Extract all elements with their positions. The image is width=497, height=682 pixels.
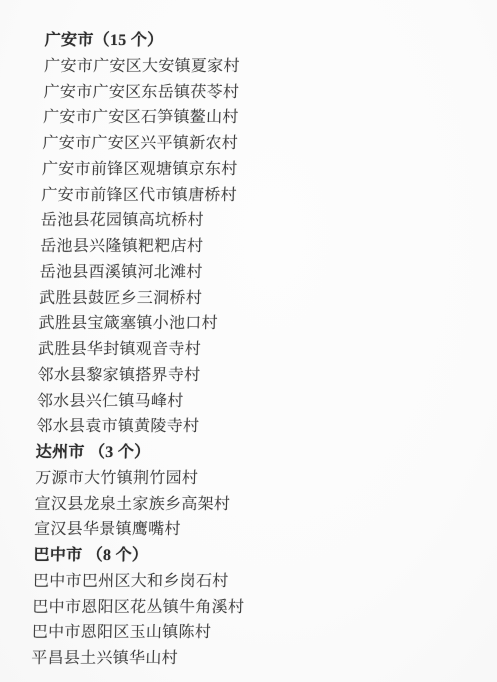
list-item: 岳池县兴隆镇粑粑店村 bbox=[40, 234, 252, 260]
list-item: 广安市前锋区观塘镇京东村 bbox=[42, 157, 254, 183]
list-item: 巴中市巴州区大和乡岗石村 bbox=[33, 569, 245, 595]
list-item: 邻水县袁市镇黄陵寺村 bbox=[36, 414, 248, 440]
list-item: 邻水县黎家镇搭界寺村 bbox=[37, 363, 249, 389]
list-item: 广安市前锋区代市镇唐桥村 bbox=[41, 183, 253, 209]
list-item: 武胜县宝箴塞镇小池口村 bbox=[38, 311, 250, 337]
list-item: 广安市广安区兴平镇新农村 bbox=[42, 131, 254, 157]
list-item: 广安市广安区东岳镇茯苓村 bbox=[43, 80, 255, 106]
section-header: 达州市 （3 个） bbox=[35, 440, 247, 466]
list-item: 平昌县土兴镇华山村 bbox=[31, 646, 243, 672]
list-item: 广安市广安区石笋镇鳌山村 bbox=[43, 105, 255, 131]
list-item: 武胜县鼓匠乡三洞桥村 bbox=[39, 286, 251, 312]
list-item: 武胜县华封镇观音寺村 bbox=[38, 337, 250, 363]
section-header: 巴中市 （8 个） bbox=[33, 543, 245, 569]
list-item: 广安市广安区大安镇夏家村 bbox=[44, 54, 256, 80]
list-item: 邻水县兴仁镇马峰村 bbox=[37, 389, 249, 415]
list-item: 岳池县花园镇高坑桥村 bbox=[41, 208, 253, 234]
list-item: 宣汉县龙泉土家族乡高架村 bbox=[34, 492, 246, 518]
document-page: 广安市（15 个）广安市广安区大安镇夏家村广安市广安区东岳镇茯苓村广安市广安区石… bbox=[31, 28, 257, 672]
list-item: 岳池县酉溪镇河北滩村 bbox=[39, 260, 251, 286]
list-item: 万源市大竹镇荆竹园村 bbox=[35, 466, 247, 492]
list-item: 巴中市恩阳区玉山镇陈村 bbox=[32, 620, 244, 646]
list-item: 宣汉县华景镇鹰嘴村 bbox=[34, 517, 246, 543]
document-list: 广安市（15 个）广安市广安区大安镇夏家村广安市广安区东岳镇茯苓村广安市广安区石… bbox=[31, 28, 257, 672]
section-header: 广安市（15 个） bbox=[44, 28, 256, 54]
list-item: 巴中市恩阳区花丛镇牛角溪村 bbox=[32, 595, 244, 621]
